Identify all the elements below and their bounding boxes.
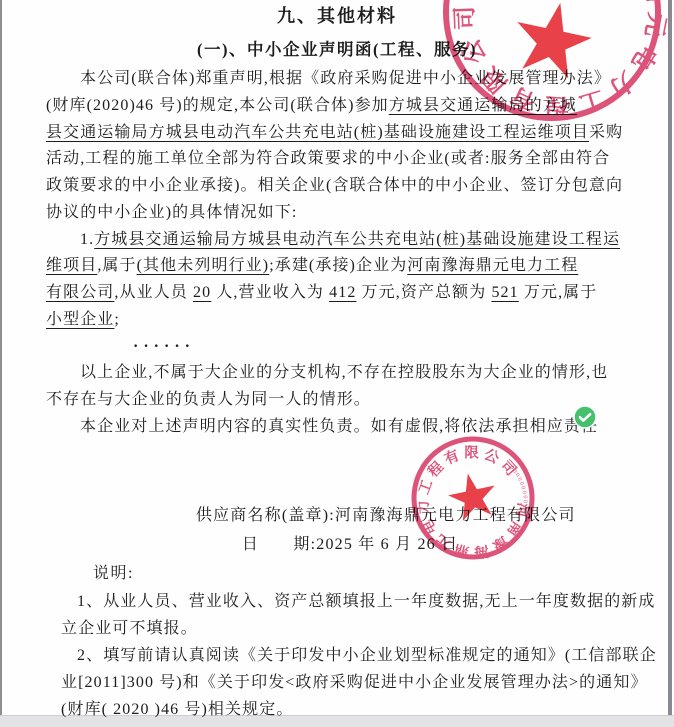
- static-text: 采购: [589, 124, 623, 141]
- text-line: (财库(2020)46 号)的规定,本公司(联合体)参加方城县交通运输局的方城: [46, 93, 630, 120]
- text-line: 政策要求的中小企业承接)。相关企业(含联合体中的中小企业、签订分包意向: [46, 173, 630, 200]
- verified-check-icon: [573, 405, 597, 429]
- filled-field-text: 小型企业: [46, 311, 114, 328]
- filled-field-text: 有限公司: [46, 284, 114, 301]
- text-line: 维项目,属于(其他未列明行业);承建(承接)企业为河南豫海鼎元电力工程: [46, 253, 630, 280]
- static-text: 不存在与大企业的负责人为同一人的情形。: [46, 391, 371, 408]
- text-line: 1.方城县交通运输局方城县电动汽车公共充电站(桩)基础设施建设工程运: [80, 227, 630, 254]
- filled-field-text: 方城县交通运输局的方城: [389, 97, 577, 114]
- static-text: 本企业对上述声明内容的真实性负责。如有虚假,将依法承担相应责任: [80, 418, 598, 435]
- filled-field-text: 河南豫海鼎元电力工程: [407, 257, 578, 274]
- static-text: (财库(2020)46 号)的规定,本公司(联合体)参加: [46, 97, 389, 114]
- text-line: ······: [133, 334, 630, 361]
- static-text: ;: [114, 311, 120, 328]
- filled-field-text: 412: [329, 284, 356, 301]
- filled-field-text: 县交通运输局方城县电动汽车公共充电站(桩)基础设施建设工程运维项目: [46, 124, 589, 141]
- text-line: 县交通运输局方城县电动汽车公共充电站(桩)基础设施建设工程运维项目采购: [46, 120, 630, 147]
- static-text: 政策要求的中小企业承接)。相关企业(含联合体中的中小企业、签订分包意向: [46, 177, 623, 194]
- static-text: 人,营业收入为: [211, 284, 329, 301]
- static-text: ;承建(承接)企业为: [269, 257, 407, 274]
- declaration-paragraphs: 本公司(联合体)郑重声明,根据《政府采购促进中小企业发展管理办法》(财库(202…: [46, 66, 630, 441]
- static-text: 2、填写前请认真阅读《关于印发中小企业划型标准规定的通知》(工信部联企: [77, 647, 657, 664]
- text-line: 本企业对上述声明内容的真实性负责。如有虚假,将依法承担相应责任: [80, 414, 630, 441]
- text-line: 立企业可不填报。: [61, 615, 645, 642]
- static-text: 以上企业,不属于大企业的分支机构,不存在控股股东为大企业的情形,也: [80, 364, 608, 381]
- text-line: (财库( 2020 )46 号)相关规定。: [61, 696, 645, 723]
- text-line: 不存在与大企业的负责人为同一人的情形。: [46, 387, 630, 414]
- static-text: ,从业人员: [114, 284, 193, 301]
- notes-heading: 说明:: [93, 560, 134, 583]
- notes-block: 1、从业人员、营业收入、资产总额填报上一年度数据,无上一年度数据的新成立企业可不…: [61, 588, 645, 723]
- section-title: (一)、中小企业声明函(工程、服务): [0, 36, 674, 60]
- text-line: 活动,工程的施工单位全部为符合政策要求的中小企业(或者:服务全部由符合: [46, 146, 630, 173]
- static-text: 本公司(联合体)郑重声明,根据《政府采购促进中小企业发展管理办法》: [80, 70, 611, 87]
- static-text: 活动,工程的施工单位全部为符合政策要求的中小企业(或者:服务全部由符合: [46, 150, 610, 167]
- page-edge-left: [0, 0, 2, 715]
- text-line: 小型企业;: [46, 307, 630, 334]
- date-value: 2025 年 6 月 26 日: [316, 536, 458, 553]
- document-page: 九、其他材料 (一)、中小企业声明函(工程、服务) 本公司(联合体)郑重声明,根…: [0, 0, 674, 727]
- filled-field-text: 20: [193, 284, 211, 301]
- filled-field-text: (其他未列明行业): [137, 257, 270, 274]
- text-line: 协议的中小企业)的具体情况如下:: [46, 200, 630, 227]
- filled-field-text: 521: [491, 284, 518, 301]
- text-line: 2、填写前请认真阅读《关于印发中小企业划型标准规定的通知》(工信部联企: [77, 642, 645, 669]
- filled-field-text: 维项目: [46, 257, 97, 274]
- text-line: 本公司(联合体)郑重声明,根据《政府采购促进中小企业发展管理办法》: [80, 66, 630, 93]
- page-edge-right: [668, 0, 672, 715]
- text-line: 以上企业,不属于大企业的分支机构,不存在控股股东为大企业的情形,也: [80, 360, 630, 387]
- static-text: (财库( 2020 )46 号)相关规定。: [61, 701, 293, 718]
- static-text: 立企业可不填报。: [61, 620, 198, 637]
- text-line: 业[2011]300 号)和《关于印发<政府采购促进中小企业发展管理办法>的通知…: [61, 669, 645, 696]
- text-line: 1、从业人员、营业收入、资产总额填报上一年度数据,无上一年度数据的新成: [77, 588, 645, 615]
- static-text: ,属于: [97, 257, 136, 274]
- static-text: 业[2011]300 号)和《关于印发<政府采购促进中小企业发展管理办法>的通知…: [61, 674, 648, 691]
- static-text: 协议的中小企业)的具体情况如下:: [46, 204, 297, 221]
- static-text: 万元,资产总额为: [356, 284, 491, 301]
- static-text: ······: [133, 338, 195, 355]
- page-title: 九、其他材料: [0, 2, 674, 28]
- text-line: 有限公司,从业人员 20 人,营业收入为 412 万元,资产总额为 521 万元…: [46, 280, 630, 307]
- date-line: 日 期:2025 年 6 月 26 日: [221, 513, 458, 572]
- date-label: 日 期:: [242, 536, 316, 553]
- static-text: 1、从业人员、营业收入、资产总额填报上一年度数据,无上一年度数据的新成: [77, 593, 656, 610]
- static-text: 1.: [80, 231, 94, 248]
- filled-field-text: 方城县交通运输局方城县电动汽车公共充电站(桩)基础设施建设工程运: [94, 231, 620, 248]
- static-text: 万元,属于: [519, 284, 598, 301]
